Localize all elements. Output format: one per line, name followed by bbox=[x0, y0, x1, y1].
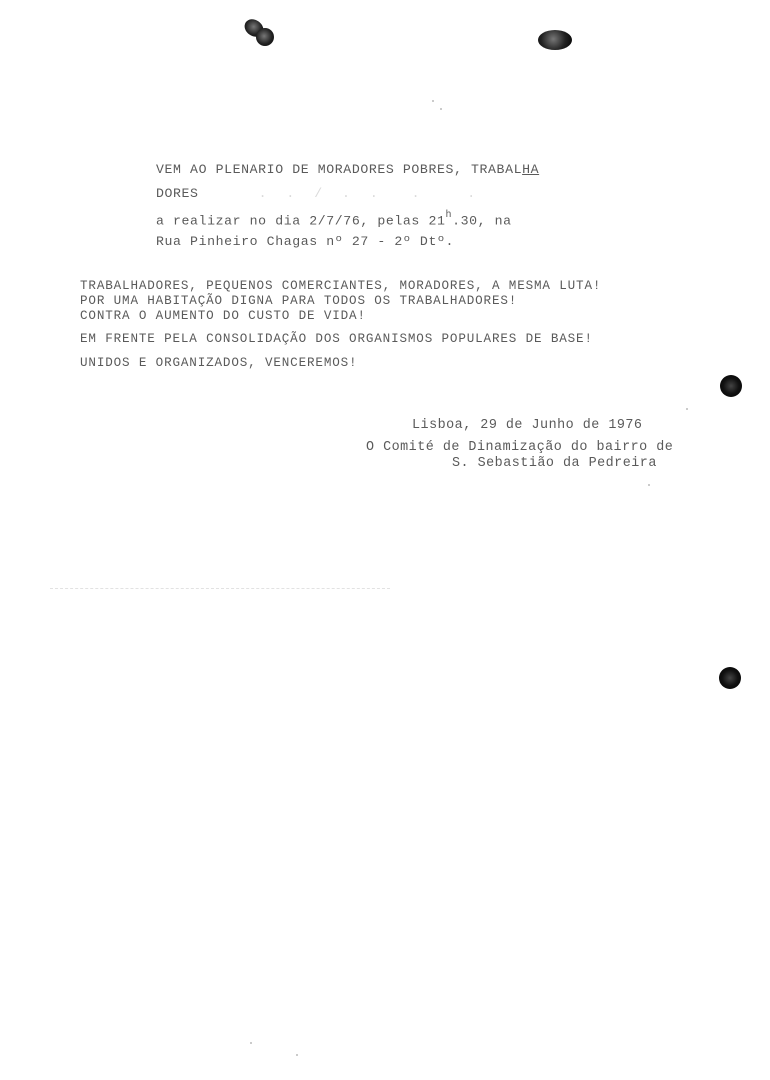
speck bbox=[296, 1054, 298, 1056]
heading-line-3: a realizar no dia 2/7/76, pelas 21h.30, … bbox=[156, 210, 512, 229]
ink-blot-left-lower bbox=[256, 28, 274, 46]
address-text: Rua Pinheiro Chagas nº 27 - 2º Dtº. bbox=[156, 234, 454, 249]
signatory-line-2: S. Sebastião da Pedreira bbox=[452, 456, 657, 472]
faint-scan-line bbox=[50, 588, 390, 589]
heading-line-4: Rua Pinheiro Chagas nº 27 - 2º Dtº. bbox=[156, 234, 454, 250]
ink-blot-right bbox=[538, 30, 572, 50]
speck bbox=[250, 1042, 252, 1044]
date-text: .30, na bbox=[452, 213, 512, 228]
heading-line-1: VEM AO PLENARIO DE MORADORES POBRES, TRA… bbox=[156, 162, 539, 178]
heading-text: VEM AO PLENARIO DE MORADORES POBRES, TRA… bbox=[156, 162, 522, 177]
speck bbox=[440, 108, 442, 110]
speck bbox=[648, 484, 650, 486]
slogan-line: CONTRA O AUMENTO DO CUSTO DE VIDA! bbox=[80, 308, 366, 324]
speck bbox=[432, 100, 434, 102]
speck bbox=[686, 408, 688, 410]
slogan-line: POR UMA HABITAÇÃO DIGNA PARA TODOS OS TR… bbox=[80, 293, 517, 309]
heading-line-2: DORES. . / . . . . bbox=[156, 186, 481, 202]
place-date: Lisboa, 29 de Junho de 1976 bbox=[412, 418, 642, 434]
signatory-line-1: O Comité de Dinamização do bairro de bbox=[366, 440, 673, 456]
slogan-line: EM FRENTE PELA CONSOLIDAÇÃO DOS ORGANISM… bbox=[80, 331, 593, 347]
punch-hole-top bbox=[720, 375, 742, 397]
faded-text: . . / . . . . bbox=[259, 186, 482, 201]
slogan-line: TRABALHADORES, PEQUENOS COMERCIANTES, MO… bbox=[80, 278, 601, 294]
heading-underlined-text: HA bbox=[522, 162, 539, 177]
date-text: a realizar no dia 2/7/76, pelas 21 bbox=[156, 213, 445, 228]
slogan-line: UNIDOS E ORGANIZADOS, VENCEREMOS! bbox=[80, 355, 357, 371]
punch-hole-bottom bbox=[719, 667, 741, 689]
scanned-page: VEM AO PLENARIO DE MORADORES POBRES, TRA… bbox=[0, 0, 770, 1080]
heading-text: DORES bbox=[156, 186, 199, 201]
hour-superscript: h bbox=[445, 210, 452, 221]
